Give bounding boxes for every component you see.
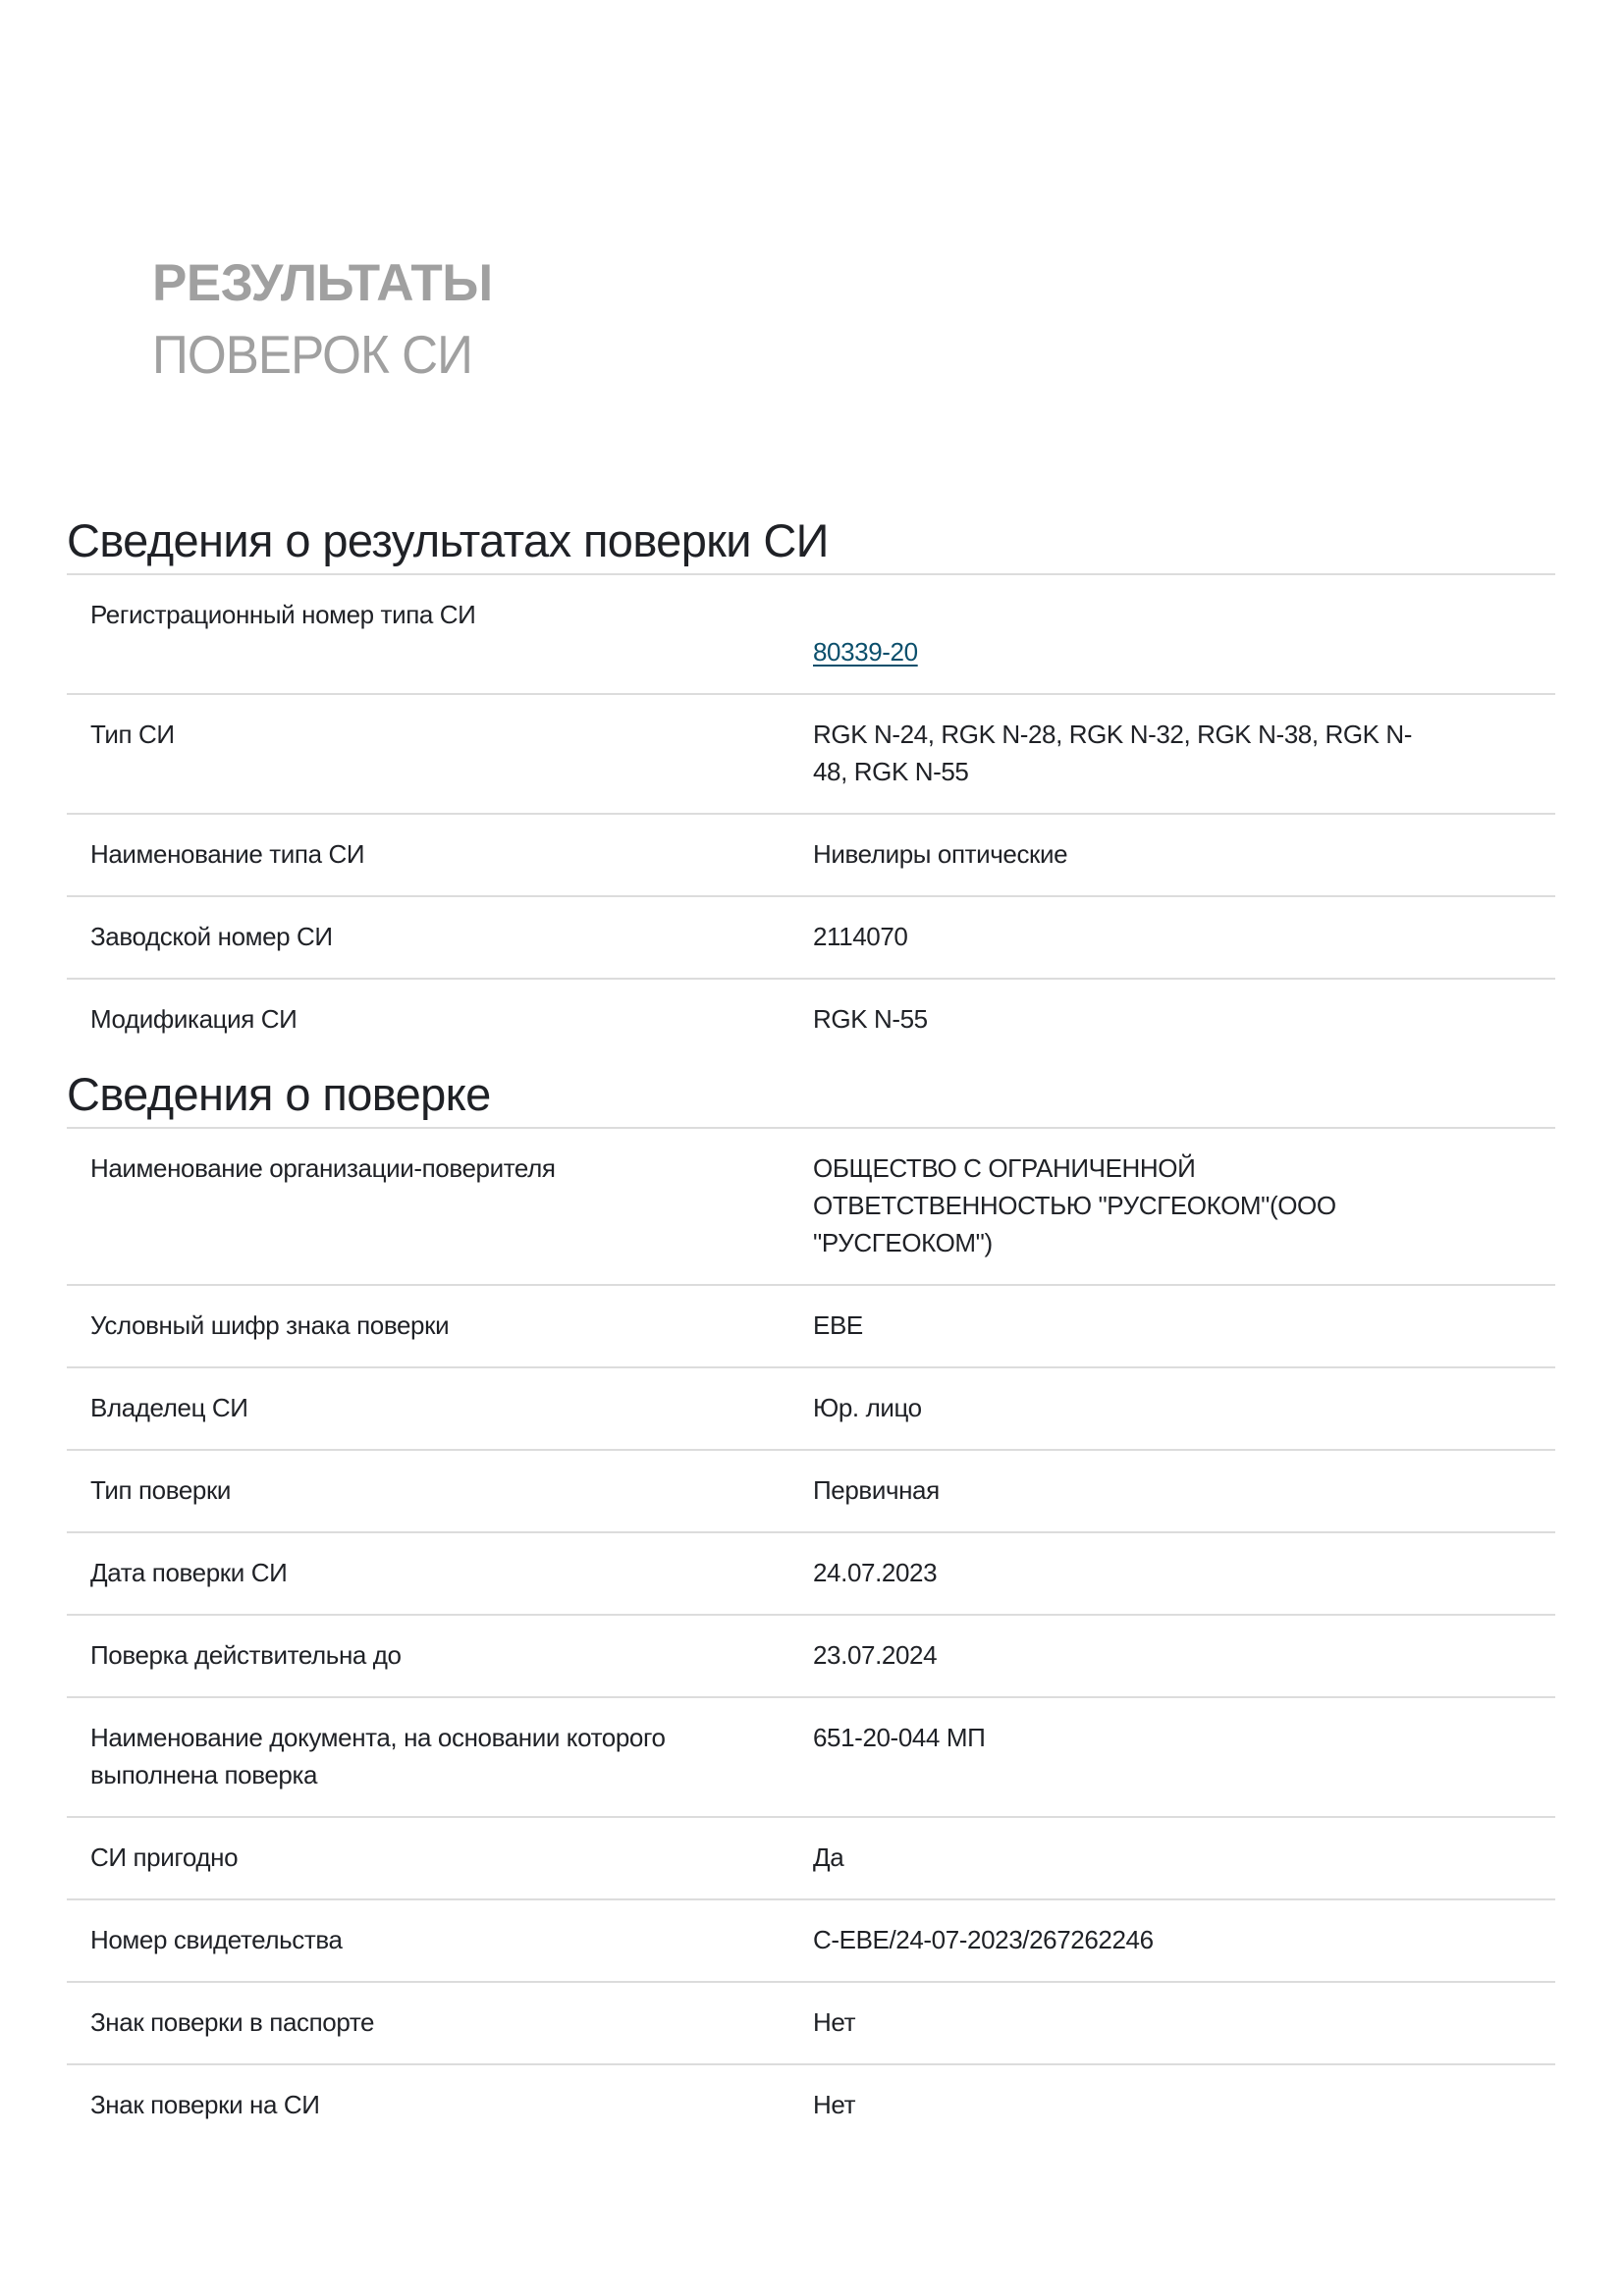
row-value: 2114070 — [813, 918, 1500, 955]
brand-title-line1: РЕЗУЛЬТАТЫ — [152, 247, 497, 319]
section-title: Сведения о поверке — [67, 1062, 1555, 1127]
table-row-verification-type: Тип поверки Первичная — [67, 1451, 1555, 1533]
row-label: Регистрационный номер типа СИ — [67, 596, 813, 670]
section-title: Сведения о результатах поверки СИ — [67, 508, 1555, 573]
row-value: Юр. лицо — [813, 1389, 1500, 1426]
table-row-si-type: Тип СИ RGK N-24, RGK N-28, RGK N-32, RGK… — [67, 695, 1555, 815]
table-row-verification-date: Дата поверки СИ 24.07.2023 — [67, 1533, 1555, 1616]
row-value: 80339-20 — [813, 596, 1500, 670]
row-label: Тип поверки — [67, 1471, 813, 1509]
row-value: Нет — [813, 2003, 1500, 2041]
row-value: 651-20-044 МП — [813, 1719, 1500, 1793]
row-value: Нивелиры оптические — [813, 835, 1500, 873]
row-label: Наименование документа, на основании кот… — [67, 1719, 813, 1793]
info-table: Наименование организации-поверителя ОБЩЕ… — [67, 1127, 1555, 2146]
table-row-si-type-name: Наименование типа СИ Нивелиры оптические — [67, 815, 1555, 897]
table-row-mark-in-passport: Знак поверки в паспорте Нет — [67, 1983, 1555, 2065]
table-row-document-name: Наименование документа, на основании кот… — [67, 1698, 1555, 1818]
page-brand-title: РЕЗУЛЬТАТЫ ПОВЕРОК СИ — [152, 247, 497, 391]
row-label: Тип СИ — [67, 716, 813, 790]
row-label: Знак поверки на СИ — [67, 2086, 813, 2123]
table-row-registration-number: Регистрационный номер типа СИ 80339-20 — [67, 575, 1555, 695]
brand-title-line2: ПОВЕРОК СИ — [152, 319, 472, 391]
row-label: Заводской номер СИ — [67, 918, 813, 955]
row-value: Нет — [813, 2086, 1500, 2123]
section-verification-results: Сведения о результатах поверки СИ Регист… — [67, 508, 1555, 1060]
row-label: Дата поверки СИ — [67, 1554, 813, 1591]
row-value: ОБЩЕСТВО С ОГРАНИЧЕННОЙ ОТВЕТСТВЕННОСТЬЮ… — [813, 1149, 1500, 1261]
row-value: RGK N-55 — [813, 1000, 1500, 1038]
section-verification-info: Сведения о поверке Наименование организа… — [67, 1062, 1555, 2146]
row-value: Да — [813, 1839, 1500, 1876]
row-label: Наименование типа СИ — [67, 835, 813, 873]
table-row-modification: Модификация СИ RGK N-55 — [67, 980, 1555, 1060]
table-row-valid-until: Поверка действительна до 23.07.2024 — [67, 1616, 1555, 1698]
table-row-suitable: СИ пригодно Да — [67, 1818, 1555, 1900]
row-label: Номер свидетельства — [67, 1921, 813, 1958]
row-label: Знак поверки в паспорте — [67, 2003, 813, 2041]
row-value: 23.07.2024 — [813, 1636, 1500, 1674]
info-table: Регистрационный номер типа СИ 80339-20 Т… — [67, 573, 1555, 1060]
row-value: C-EBE/24-07-2023/267262246 — [813, 1921, 1500, 1958]
table-row-mark-on-si: Знак поверки на СИ Нет — [67, 2065, 1555, 2146]
row-value: 24.07.2023 — [813, 1554, 1500, 1591]
table-row-verifier-organization: Наименование организации-поверителя ОБЩЕ… — [67, 1129, 1555, 1286]
row-label: Модификация СИ — [67, 1000, 813, 1038]
row-value: EBE — [813, 1307, 1500, 1344]
row-label: СИ пригодно — [67, 1839, 813, 1876]
row-label: Поверка действительна до — [67, 1636, 813, 1674]
row-label: Условный шифр знака поверки — [67, 1307, 813, 1344]
table-row-mark-cipher: Условный шифр знака поверки EBE — [67, 1286, 1555, 1368]
registration-number-link[interactable]: 80339-20 — [813, 637, 918, 667]
row-label: Наименование организации-поверителя — [67, 1149, 813, 1261]
table-row-owner: Владелец СИ Юр. лицо — [67, 1368, 1555, 1451]
row-label: Владелец СИ — [67, 1389, 813, 1426]
table-row-serial-number: Заводской номер СИ 2114070 — [67, 897, 1555, 980]
row-value: Первичная — [813, 1471, 1500, 1509]
table-row-certificate-number: Номер свидетельства C-EBE/24-07-2023/267… — [67, 1900, 1555, 1983]
row-value: RGK N-24, RGK N-28, RGK N-32, RGK N-38, … — [813, 716, 1500, 790]
